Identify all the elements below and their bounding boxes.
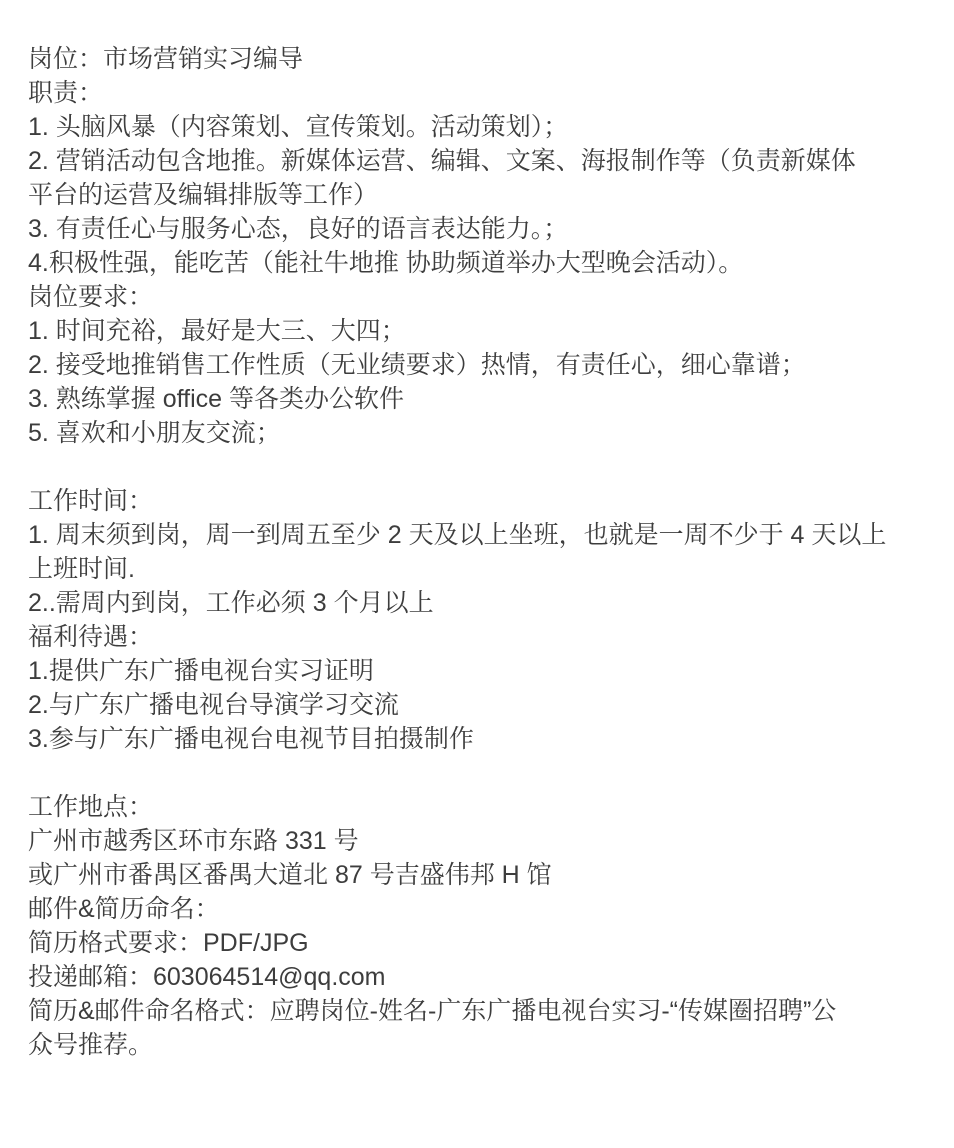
benefit-item: 2.与广东广播电视台导演学习交流 bbox=[28, 688, 928, 722]
work-hours-item: 2..需周内到岗，工作必须 3 个月以上 bbox=[28, 586, 928, 620]
requirement-item: 2. 接受地推销售工作性质（无业绩要求）热情，有责任心，细心靠谱； bbox=[28, 348, 928, 382]
work-hours-heading: 工作时间： bbox=[28, 484, 928, 518]
work-location-heading: 工作地点： bbox=[28, 790, 928, 824]
benefits-heading: 福利待遇： bbox=[28, 620, 928, 654]
responsibility-item-wrap: 平台的运营及编辑排版等工作） bbox=[28, 178, 928, 212]
position-title: 岗位：市场营销实习编导 bbox=[28, 42, 928, 76]
requirement-item: 1. 时间充裕，最好是大三、大四； bbox=[28, 314, 928, 348]
work-location-address: 广州市越秀区环市东路 331 号 bbox=[28, 824, 928, 858]
blank-line bbox=[28, 756, 928, 790]
naming-format-line-wrap: 众号推荐。 bbox=[28, 1028, 928, 1062]
responsibility-item: 1. 头脑风暴（内容策划、宣传策划。活动策划）； bbox=[28, 110, 928, 144]
requirement-item: 5. 喜欢和小朋友交流； bbox=[28, 416, 928, 450]
responsibility-item: 2. 营销活动包含地推。新媒体运营、编辑、文案、海报制作等（负责新媒体 bbox=[28, 144, 928, 178]
naming-heading: 邮件&简历命名： bbox=[28, 892, 928, 926]
responsibility-item: 4.积极性强，能吃苦（能社牛地推 协助频道举办大型晚会活动）。 bbox=[28, 246, 928, 280]
job-posting-document: 岗位：市场营销实习编导 职责： 1. 头脑风暴（内容策划、宣传策划。活动策划）；… bbox=[0, 0, 954, 1062]
benefit-item: 1.提供广东广播电视台实习证明 bbox=[28, 654, 928, 688]
requirement-item: 3. 熟练掌握 office 等各类办公软件 bbox=[28, 382, 928, 416]
responsibilities-heading: 职责： bbox=[28, 76, 928, 110]
blank-line bbox=[28, 450, 928, 484]
benefit-item: 3.参与广东广播电视台电视节目拍摄制作 bbox=[28, 722, 928, 756]
naming-format-line: 简历&邮件命名格式：应聘岗位-姓名-广东广播电视台实习-“传媒圈招聘”公 bbox=[28, 994, 928, 1028]
work-location-address-alt: 或广州市番禺区番禺大道北 87 号吉盛伟邦 H 馆 bbox=[28, 858, 928, 892]
application-email-line: 投递邮箱：603064514@qq.com bbox=[28, 960, 928, 994]
work-hours-item: 1. 周末须到岗，周一到周五至少 2 天及以上坐班，也就是一周不少于 4 天以上 bbox=[28, 518, 928, 552]
responsibility-item: 3. 有责任心与服务心态，良好的语言表达能力。； bbox=[28, 212, 928, 246]
requirements-heading: 岗位要求： bbox=[28, 280, 928, 314]
resume-format-line: 简历格式要求：PDF/JPG bbox=[28, 926, 928, 960]
work-hours-item-wrap: 上班时间. bbox=[28, 552, 928, 586]
